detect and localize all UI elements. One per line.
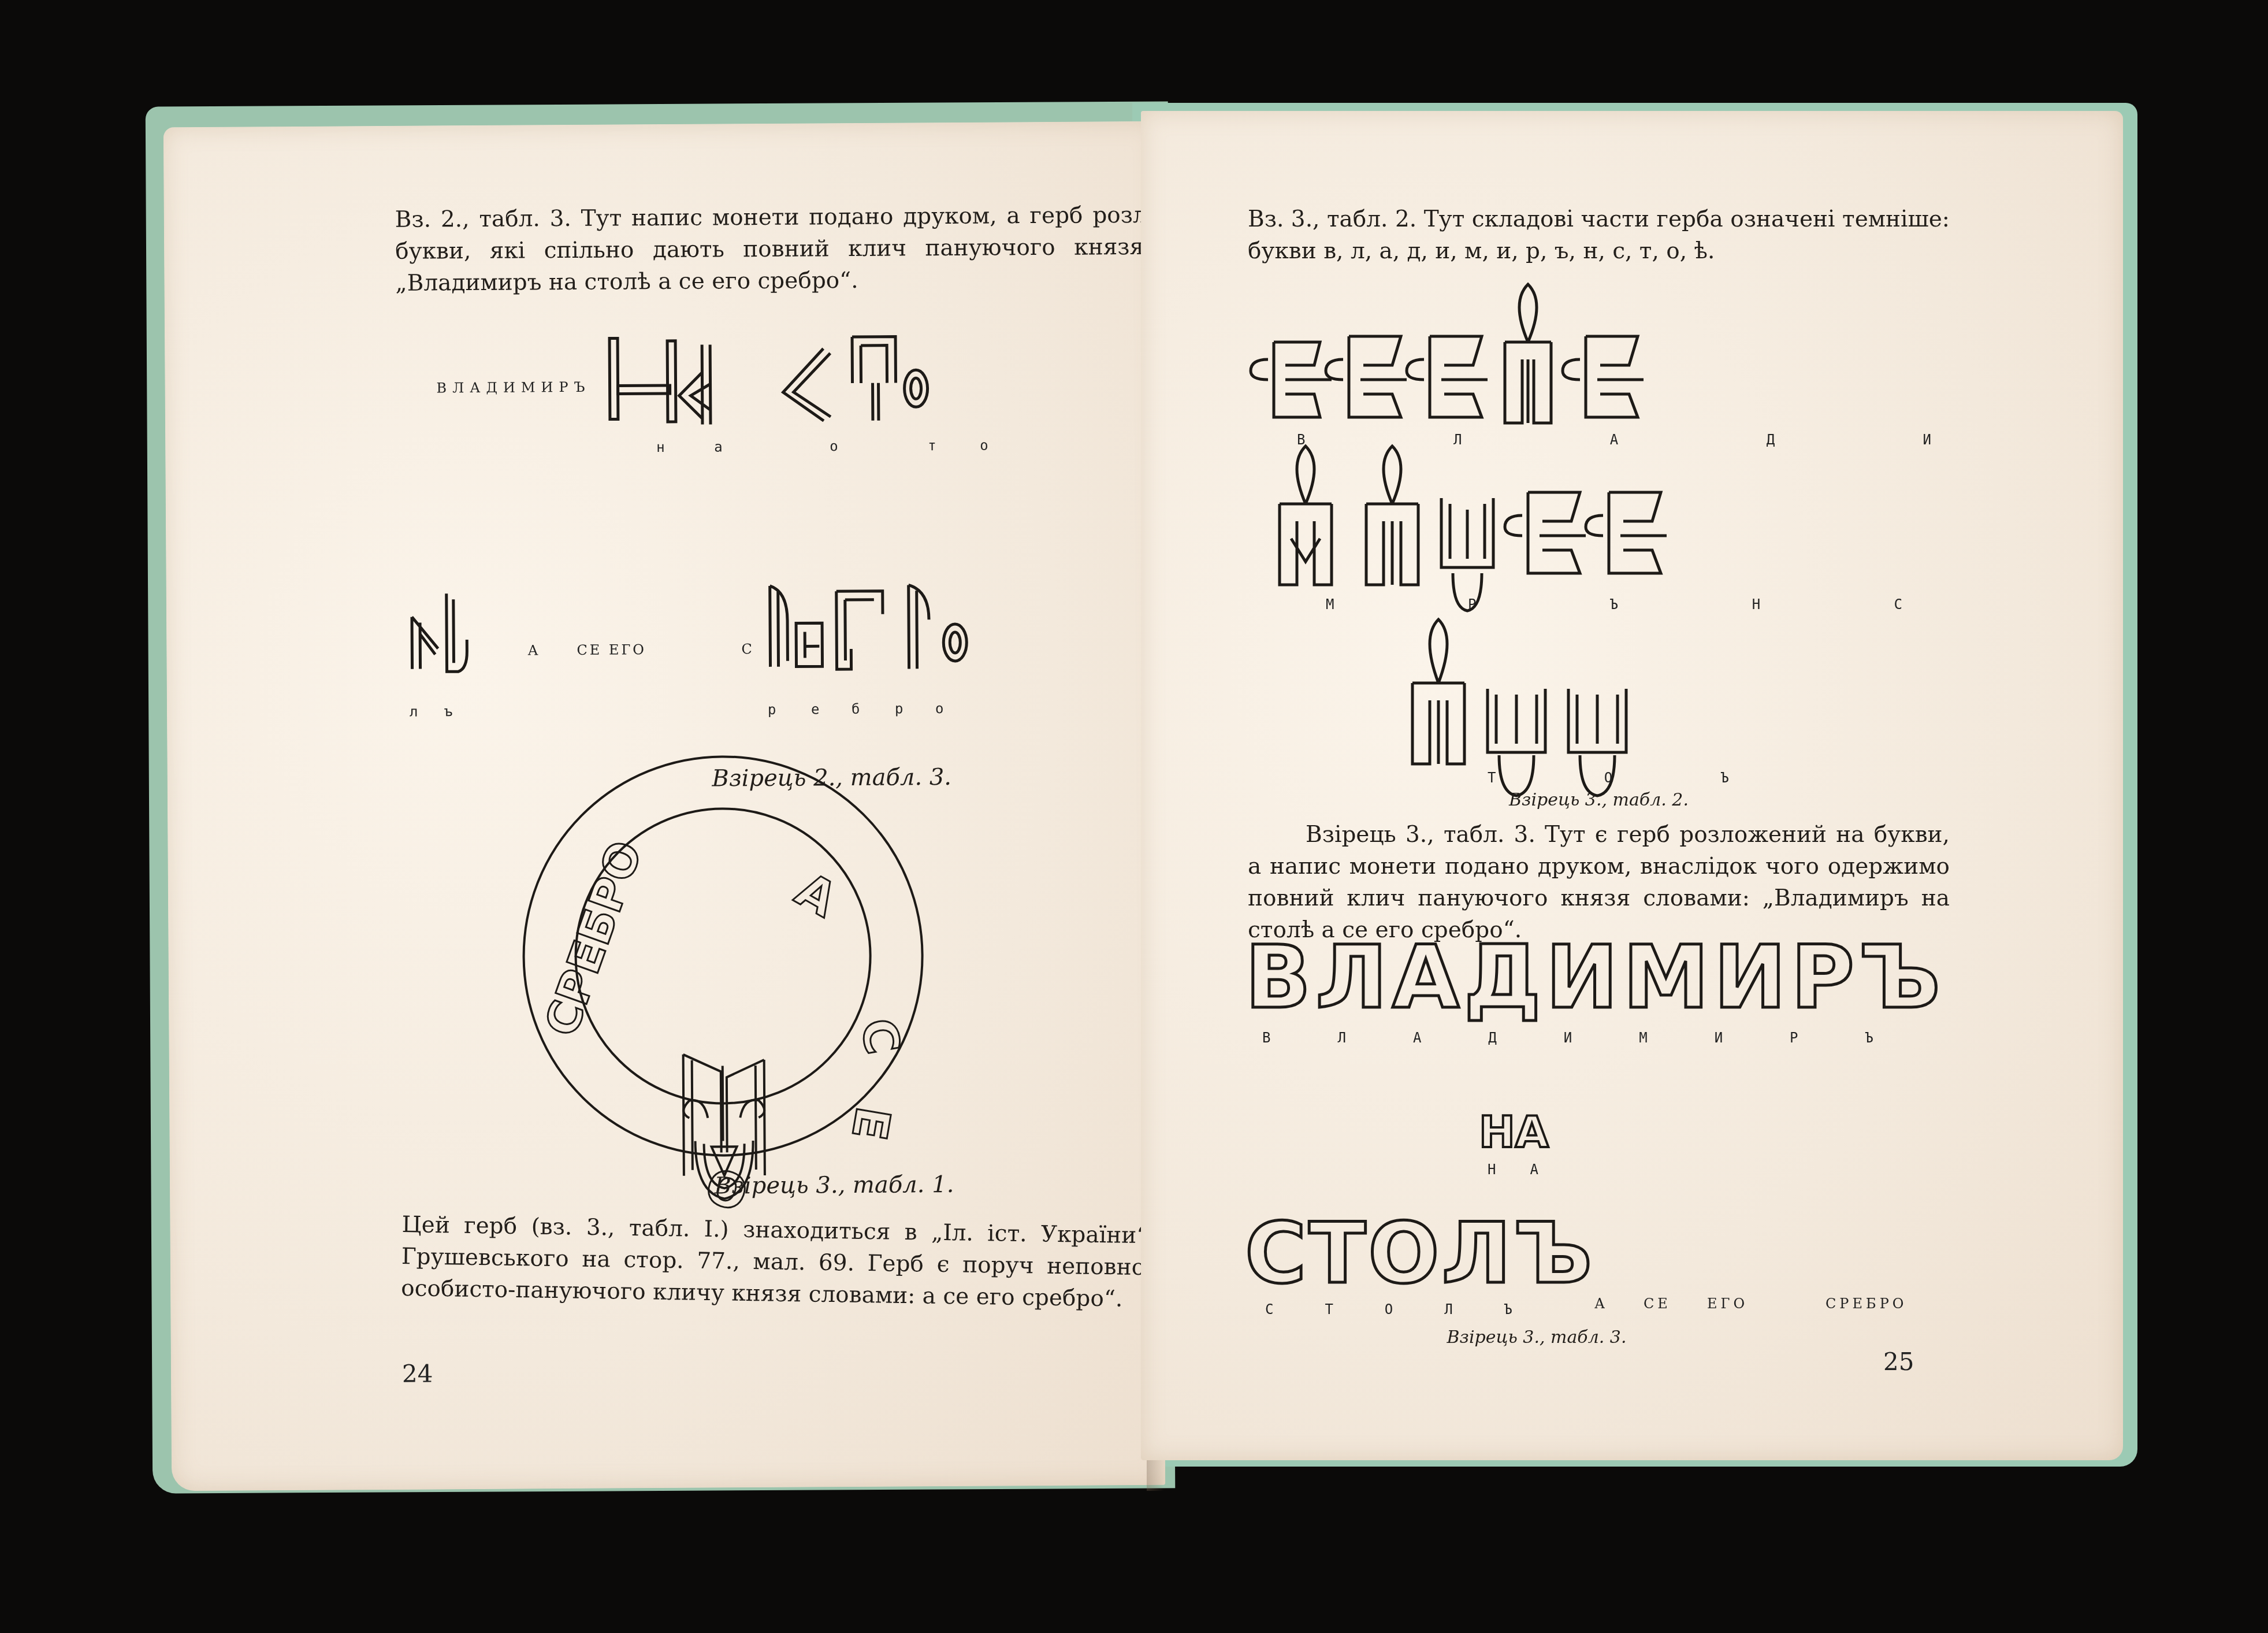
mid-se-ego: СЕ ЕГО — [577, 641, 646, 658]
prefix-word: ВЛАДИМИРЪ — [436, 379, 590, 396]
trailing-ego: ЕГО — [1707, 1296, 1748, 1312]
trailing-a: А — [1594, 1296, 1608, 1312]
labels-row-1: н а о т о — [656, 437, 1061, 455]
trident-letters-figure — [1251, 296, 1944, 816]
labels-word-stol: С Т О Л Ъ — [1265, 1301, 1514, 1317]
labels-word-vladimir: В Л А Д И М И Р Ъ — [1262, 1030, 1875, 1046]
page-24: Вз. 2., табл. 3. Тут напис монети подано… — [163, 121, 1165, 1491]
trident-labels-row-2: М Р Ъ Н С — [1326, 596, 1903, 613]
mid-s: С — [741, 641, 754, 657]
caption-fig-3-1: Взірець 3., табл. 1. — [401, 1170, 1267, 1201]
trailing-se: СЕ — [1644, 1296, 1671, 1312]
paragraph-tabl-3: Взірець 3., табл. 3. Тут є герб розложен… — [1248, 819, 1950, 946]
trident-labels-row-3: Т О Ъ — [1488, 770, 1730, 786]
glyph-row-na-sto — [604, 336, 1020, 442]
caption-fig-3-2: Взірець 3., табл. 2. — [1248, 790, 1950, 810]
coin-ring-figure — [490, 712, 955, 1177]
trailing-srebro: СРЕБРО — [1825, 1296, 1908, 1312]
mid-a: А — [527, 642, 540, 658]
glyph-word-stol: СТОЛЪ — [1245, 1212, 1594, 1296]
labels-word-na: Н А — [1488, 1161, 1540, 1178]
paragraph-source: Цей герб (вз. 3., табл. I.) знаходиться … — [401, 1209, 1269, 1317]
paragraph-tabl-2: Вз. 3., табл. 2. Тут складові части герб… — [1248, 203, 1950, 267]
paragraph-intro: Вз. 2., табл. 3. Тут напис монети подано… — [395, 199, 1262, 299]
glyph-word-vladimir: ВЛАДИМИРЪ — [1245, 934, 1945, 1021]
trident-labels-row-1: В Л А Д И — [1297, 432, 1932, 448]
glyph-word-na: НА — [1479, 1111, 1549, 1154]
glyph-row-lj-srebro — [400, 577, 1210, 698]
page-25: Вз. 3., табл. 2. Тут складові части герб… — [1141, 111, 2123, 1460]
page-number-24: 24 — [402, 1359, 433, 1387]
caption-fig-3-3: Взірець 3., табл. 3. — [1248, 1327, 1825, 1348]
page-number-25: 25 — [1883, 1348, 1914, 1376]
